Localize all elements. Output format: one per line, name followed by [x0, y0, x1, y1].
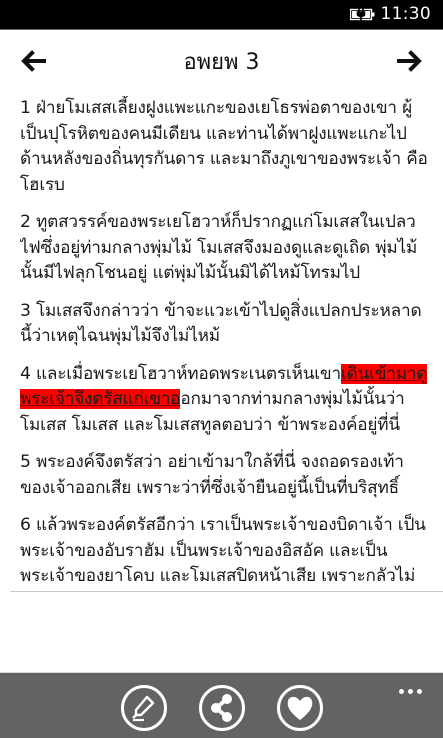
heart-icon	[280, 688, 320, 728]
verse-text: และเมื่อพระเยโฮวาห์ทอดพระเนตรเห็นเขา	[36, 364, 341, 384]
verse-text: ทูตสวรรค์ของพระเยโฮวาห์ก็ปรากฏแก่โมเสสใน…	[20, 212, 417, 283]
share-icon	[202, 688, 242, 728]
verse-6[interactable]: 6 แล้วพระองค์ตรัสอีกว่า เราเป็นพระเจ้าขอ…	[20, 513, 432, 590]
verse-text: แล้วพระองค์ตรัสอีกว่า เราเป็นพระเจ้าของบ…	[20, 515, 426, 590]
verse-number: 5	[20, 452, 31, 472]
verse-4[interactable]: 4 และเมื่อพระเยโฮวาห์ทอดพระเนตรเห็นเขาเด…	[20, 362, 432, 439]
favorite-button[interactable]	[277, 685, 323, 731]
verse-1[interactable]: 1 ฝ่ายโมเสสเลี้ยงฝูงแพะแกะของเยโธรพ่อตาข…	[20, 96, 432, 198]
share-button[interactable]	[199, 685, 245, 731]
verse-2[interactable]: 2 ทูตสวรรค์ของพระเยโฮวาห์ก็ปรากฏแก่โมเสส…	[20, 210, 432, 287]
highlight-button[interactable]	[121, 685, 167, 731]
arrow-right-icon[interactable]	[395, 46, 425, 76]
clock: 11:30	[381, 4, 432, 24]
verse-number: 4	[20, 364, 31, 384]
more-dots-icon[interactable]	[399, 679, 433, 691]
verse-number: 2	[20, 212, 31, 232]
verse-text: โมเสสจึงกล่าวว่า ข้าจะแวะเข้าไปดูสิ่งแปล…	[20, 301, 421, 347]
status-bar: 11:30	[0, 0, 443, 30]
verse-number: 3	[20, 301, 31, 321]
verse-5[interactable]: 5 พระองค์จึงตรัสว่า อย่าเข้ามาใกล้ที่นี่…	[20, 450, 432, 501]
verse-text: พระองค์จึงตรัสว่า อย่าเข้ามาใกล้ที่นี่ จ…	[20, 452, 404, 498]
verse-number: 6	[20, 515, 31, 535]
app-bar	[0, 672, 443, 738]
page-title: อพยพ 3	[0, 44, 443, 79]
header: อพยพ 3	[0, 30, 443, 90]
verse-list[interactable]: 1 ฝ่ายโมเสสเลี้ยงฝูงแพะแกะของเยโธรพ่อตาข…	[20, 96, 432, 590]
verse-number: 1	[20, 98, 31, 118]
content-divider	[10, 591, 443, 592]
battery-charging-icon	[350, 8, 376, 21]
verse-3[interactable]: 3 โมเสสจึงกล่าวว่า ข้าจะแวะเข้าไปดูสิ่งแ…	[20, 299, 432, 350]
verse-text: ฝ่ายโมเสสเลี้ยงฝูงแพะแกะของเยโธรพ่อตาของ…	[20, 98, 428, 195]
highlighter-icon	[124, 688, 164, 728]
